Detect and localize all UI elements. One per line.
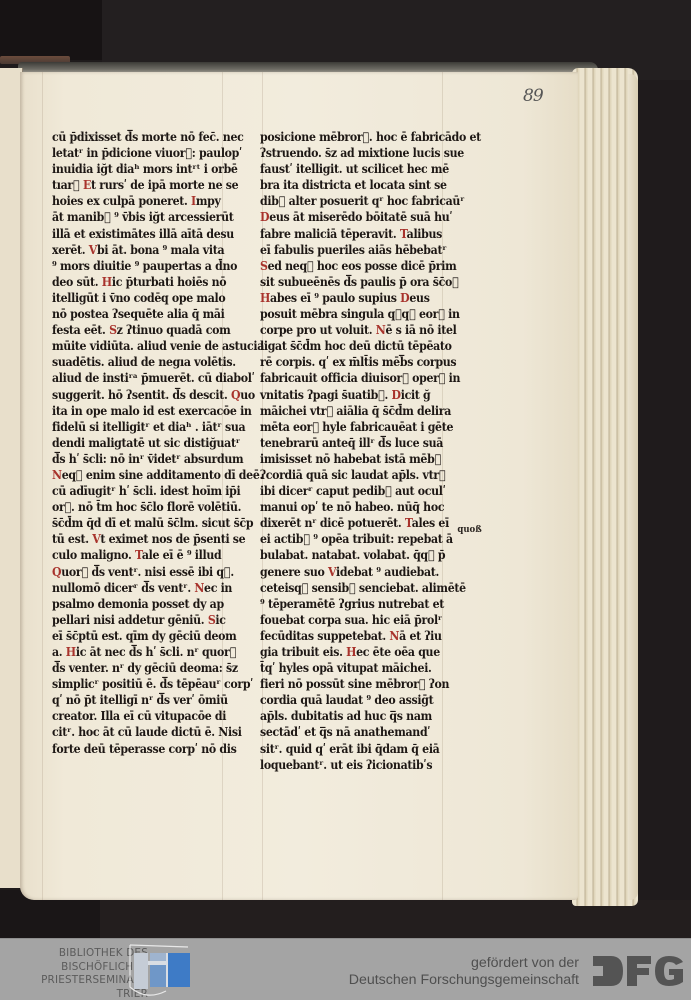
text-segment: faustʹ itelligit. ut scilicet hec mē bbox=[260, 162, 449, 176]
rubricated-initial: Q bbox=[231, 388, 240, 402]
rubricated-initial: N bbox=[389, 629, 399, 643]
text-line: xerēt. Vbi āt. bona ⁹ mala vita bbox=[52, 242, 264, 258]
marginal-note: quoß bbox=[457, 524, 481, 535]
text-segment: dendi maligtatē ut sic distiğuatʳ bbox=[52, 436, 240, 450]
text-segment: māichei vtrᷤ aiālia q̄ s̄c̄d̄m delira bbox=[260, 404, 451, 418]
text-segment: dibᷤ alter posuerit qʳ hoc fabricaūʳ bbox=[260, 194, 464, 208]
text-line: pellari nisi addetur gēniū. Sic bbox=[52, 612, 264, 628]
text-segment: fabre maliciā tēperavit. bbox=[260, 227, 400, 241]
text-line: sectādʹ et q̅s nā anathemandʹ bbox=[260, 724, 481, 740]
text-line: dendi maligtatē ut sic distiğuatʳ bbox=[52, 435, 264, 451]
text-segment: ⁹ tēperamētē ʔgrius nutrebat et bbox=[260, 597, 444, 611]
text-segment: tıarᷤ bbox=[52, 178, 83, 192]
text-segment: fidelū si itelligitʳ et diaʰ . iātʳ sua bbox=[52, 420, 245, 434]
text-line: posicione mēbrorᷤ. hoc ē fabricādo et bbox=[260, 129, 481, 145]
text-line: fabre maliciā tēperavit. Talibus bbox=[260, 226, 481, 242]
text-segment: ic bbox=[215, 613, 225, 627]
text-line: deo sūt. Hic p̄turbati hoiēs nō bbox=[52, 274, 264, 290]
rubricated-initial: S bbox=[208, 613, 216, 627]
text-segment: ei actibᷤ ⁹ opēa tribuit: repebat ā bbox=[260, 532, 453, 546]
text-line: cū adīugitʳ hʹ s̄cli. idest hoīm ip̄i bbox=[52, 483, 264, 499]
text-line: Sed neqᷤ hoc eos posse dicē p̄rim bbox=[260, 258, 481, 274]
text-segment: t̄qʹ hyles opā vitupat māichei. bbox=[260, 661, 432, 675]
text-segment: genere suo bbox=[260, 565, 328, 579]
text-segment: ē s iā nō itel bbox=[385, 323, 456, 337]
text-line: faustʹ itelligit. ut scilicet hec mē bbox=[260, 161, 481, 177]
text-line: aliud de instiʳᵃ p̄muerēt. cū diabolʹ bbox=[52, 370, 264, 386]
text-line: psalmo demonia posset dy ap bbox=[52, 596, 264, 612]
text-segment: ʔcordiā quā sic laudat ap̄ls. vtrᷤ bbox=[260, 468, 445, 482]
text-line: fouebat corpa sua. hic eiā p̄rolʳ bbox=[260, 612, 481, 628]
rubricated-initial: N bbox=[194, 581, 204, 595]
text-segment: uo bbox=[240, 388, 255, 402]
text-segment: ibi dicerʳ caput pedibᷤ aut oculʹ bbox=[260, 484, 446, 498]
text-segment: mēta eorᷤ hyle fabricauēat i gēte bbox=[260, 420, 453, 434]
text-line: inuidia iğt diaʰ mors intʳᵗ i orbē bbox=[52, 161, 264, 177]
text-segment: t eximet nos de p̄senti se bbox=[100, 532, 245, 546]
text-column-left: cū p̄dixisset d̅s morte nō fec̄. necleta… bbox=[52, 129, 264, 757]
text-segment: fecūditas suppetebat. bbox=[260, 629, 389, 643]
text-line: mūite vidiūta. aliud venie de astucia bbox=[52, 338, 264, 354]
text-segment: culo maligno. bbox=[52, 548, 135, 562]
text-line: hoies ex culpā poneret. Impy bbox=[52, 193, 264, 209]
text-line: dibᷤ alter posuerit qʳ hoc fabricaūʳ bbox=[260, 193, 481, 209]
text-segment: deo sūt. bbox=[52, 275, 102, 289]
text-segment: ale eī ē ⁹ illud bbox=[142, 548, 222, 562]
text-line: dixerēt nʳ dicē potuerēt. Tales eī bbox=[260, 515, 481, 531]
text-segment: s̄c̄d̄m q̄d dī et malū s̄c̄lm. sicut s̄c… bbox=[52, 516, 253, 530]
text-line: itelligūt i v̄no codēq ope malo bbox=[52, 290, 264, 306]
text-line: ligat s̄c̄d̄m hoc deū dictū tēpēato bbox=[260, 338, 481, 354]
text-segment: ic āt nec d̅s hʹ s̄cli. nʳ quorᷤ bbox=[76, 645, 236, 659]
text-line: ⁹ mors diuitie ⁹ paupertas a d̄no bbox=[52, 258, 264, 274]
text-segment: imisisset nō habebat istā mēbᷤ bbox=[260, 452, 441, 466]
text-line: loquebantʳ. ut eis ʔicionatibʹs bbox=[260, 757, 481, 773]
text-segment: eī fabulis pueriles aiās hēbebatʳ bbox=[260, 243, 446, 257]
funding-statement: gefördert von der Deutschen Forschungsge… bbox=[349, 955, 579, 989]
text-line: āt manibᷤ ⁹ v̄bis iğt arcessierūt bbox=[52, 209, 264, 225]
rubricated-initial: D bbox=[260, 210, 269, 224]
text-line: fabricauit officia diuisorᷤ operᷤ in bbox=[260, 370, 481, 386]
rubricated-initial: D bbox=[400, 291, 409, 305]
text-column-right: posicione mēbrorᷤ. hoc ē fabricādo etʔst… bbox=[260, 129, 481, 773]
text-segment: itelligūt i v̄no codēq ope malo bbox=[52, 291, 225, 305]
text-segment: z ʔtinuo quadā com bbox=[117, 323, 231, 337]
text-segment: nō postea ʔsequēte alia q̄ māi bbox=[52, 307, 225, 321]
text-segment: vnitatis ʔpagi s̄uatibᷤ. bbox=[260, 388, 392, 402]
manuscript-image-viewer[interactable]: 89 cū p̄dixisset d̅s morte nō fec̄. necl… bbox=[0, 0, 691, 938]
text-line: bra ita districta et locata sint se bbox=[260, 177, 481, 193]
text-segment: nullomō dicerʳ d̅s ventʳ. bbox=[52, 581, 194, 595]
text-line: creator. Illa eī cū vitupacōe di bbox=[52, 708, 264, 724]
text-segment: bulabat. natabat. volabat. q̄qᷤ p̄ bbox=[260, 548, 445, 562]
text-line: mēta eorᷤ hyle fabricauēat i gēte bbox=[260, 419, 481, 435]
page-stack-edge bbox=[628, 74, 638, 900]
text-line: suadētis. aliud de negıa volētis. bbox=[52, 354, 264, 370]
text-segment: uorᷤ d̅s ventʳ. nisi essē ibi qᷤ. bbox=[61, 565, 234, 579]
text-segment: ec ēte oēa que bbox=[356, 645, 440, 659]
text-segment: cū p̄dixisset d̅s morte nō fec̄. nec bbox=[52, 130, 243, 144]
text-segment: pellari nisi addetur gēniū. bbox=[52, 613, 208, 627]
rubricated-initial: T bbox=[405, 516, 412, 530]
text-segment: rē corpis. qʹ ex m̄lt̄is mēb̅s corpus bbox=[260, 355, 456, 369]
text-segment: sectādʹ et q̅s nā anathemandʹ bbox=[260, 725, 430, 739]
text-line: Neqᷤ enim sine additamento dī deē. bbox=[52, 467, 264, 483]
text-line: vnitatis ʔpagi s̄uatibᷤ. Dicit ğ bbox=[260, 387, 481, 403]
text-segment: idebat ⁹ audiebat. bbox=[336, 565, 439, 579]
text-segment: ʔstruendo. s̄z ad mixtione lucis sue bbox=[260, 146, 464, 160]
text-segment: eus bbox=[409, 291, 429, 305]
ruling-line bbox=[42, 72, 43, 900]
funding-line-2: Deutschen Forschungsgemeinschaft bbox=[349, 972, 579, 989]
text-segment: ed neqᷤ hoc eos posse dicē p̄rim bbox=[268, 259, 457, 273]
text-segment: cordia quā laudat ⁹ deo assiḡt bbox=[260, 693, 433, 707]
text-segment: eqᷤ enim sine additamento dī deē. bbox=[62, 468, 263, 482]
text-line: ʔcordiā quā sic laudat ap̄ls. vtrᷤ bbox=[260, 467, 481, 483]
text-line: a. Hic āt nec d̅s hʹ s̄cli. nʳ quorᷤ bbox=[52, 644, 264, 660]
text-line: gia tribuit eis. Hec ēte oēa que bbox=[260, 644, 481, 660]
text-segment: t rursʹ de ipā morte ne se bbox=[91, 178, 238, 192]
rubricated-initial: Q bbox=[52, 565, 61, 579]
text-segment: ap̄ls. dubitatis ad huc q̅s nam bbox=[260, 709, 432, 723]
text-line: tū est. Vt eximet nos de p̄senti se bbox=[52, 531, 264, 547]
text-segment: āt manibᷤ ⁹ v̄bis iğt arcessierūt bbox=[52, 210, 234, 224]
text-line: cordia quā laudat ⁹ deo assiḡt bbox=[260, 692, 481, 708]
text-segment: ā et ʔiu bbox=[399, 629, 441, 643]
rubricated-initial: V bbox=[92, 532, 100, 546]
text-line: imisisset nō habebat istā mēbᷤ bbox=[260, 451, 481, 467]
text-line: fidelū si itelligitʳ et diaʰ . iātʳ sua bbox=[52, 419, 264, 435]
text-line: fieri nō possūt sine mēbrorᷤ ʔon bbox=[260, 676, 481, 692]
text-segment: hoies ex culpā poneret. bbox=[52, 194, 191, 208]
text-segment: icit ğ bbox=[401, 388, 431, 402]
text-segment: ceteisqᷤ sensibᷤ senciebat. alimētē bbox=[260, 581, 466, 595]
text-segment: orᷤ. nō t̄m hoc s̄c̄lo florē volētiū. bbox=[52, 500, 241, 514]
text-line: bulabat. natabat. volabat. q̄qᷤ p̄ bbox=[260, 547, 481, 563]
text-line: cū p̄dixisset d̅s morte nō fec̄. nec bbox=[52, 129, 264, 145]
text-segment: ales eī bbox=[412, 516, 449, 530]
rubricated-initial: D bbox=[392, 388, 401, 402]
text-segment: suadētis. aliud de negıa volētis. bbox=[52, 355, 236, 369]
text-segment: fouebat corpa sua. hic eiā p̄rolʳ bbox=[260, 613, 442, 627]
text-line: ei actibᷤ ⁹ opēa tribuit: repebat ā bbox=[260, 531, 481, 547]
text-line: ceteisqᷤ sensibᷤ senciebat. alimētē bbox=[260, 580, 481, 596]
text-line: māichei vtrᷤ aiālia q̄ s̄c̄d̄m delira bbox=[260, 403, 481, 419]
text-segment: citʳ. hoc āt cū laude dictū ē. Nisi bbox=[52, 725, 242, 739]
text-line: forte deū tēperasse corpʹ nō dis bbox=[52, 741, 264, 757]
text-line: sit subueēnēs d̅s paulis p̄ ora s̄c̄oᷤ bbox=[260, 274, 481, 290]
text-line: illā et existimātes illā aītā desu bbox=[52, 226, 264, 242]
text-segment: fabricauit officia diuisorᷤ operᷤ in bbox=[260, 371, 460, 385]
rubricated-initial: H bbox=[260, 291, 270, 305]
text-segment: letatʳ in p̄dicione viuorᷤ: paulopʹ bbox=[52, 146, 242, 160]
text-segment: bra ita districta et locata sint se bbox=[260, 178, 447, 192]
text-segment: sit subueēnēs d̅s paulis p̄ ora s̄c̄oᷤ bbox=[260, 275, 459, 289]
rubricated-initial: H bbox=[66, 645, 76, 659]
text-line: tenebrarū anteq̄ illʳ d̅s luce suā bbox=[260, 435, 481, 451]
text-line: eī fabulis pueriles aiās hēbebatʳ bbox=[260, 242, 481, 258]
text-segment: ic p̄turbati hoiēs nō bbox=[112, 275, 226, 289]
text-segment: suggerit. hō ʔsentit. d̅s descit. bbox=[52, 388, 231, 402]
text-line: nō postea ʔsequēte alia q̄ māi bbox=[52, 306, 264, 322]
text-line: rē corpis. qʹ ex m̄lt̄is mēb̅s corpus bbox=[260, 354, 481, 370]
text-segment: d̅s venter. nʳ dy gēciū deoma: s̄z bbox=[52, 661, 238, 675]
text-line: qʹ nō p̄t itelligī nʳ d̅s verʹ ōmiū bbox=[52, 692, 264, 708]
text-line: manui opʹ te nō habeo. nūq̄ hoc bbox=[260, 499, 481, 515]
rubricated-initial: N bbox=[376, 323, 386, 337]
text-line: orᷤ. nō t̄m hoc s̄c̄lo florē volētiū. bbox=[52, 499, 264, 515]
rubricated-initial: T bbox=[135, 548, 142, 562]
text-segment: mpy bbox=[196, 194, 221, 208]
text-line: genere suo Videbat ⁹ audiebat. bbox=[260, 564, 481, 580]
text-line: corpe pro ut voluit. Nē s iā nō itel bbox=[260, 322, 481, 338]
text-segment: forte deū tēperasse corpʹ nō dis bbox=[52, 742, 236, 756]
text-line: ibi dicerʳ caput pedibᷤ aut oculʹ bbox=[260, 483, 481, 499]
text-segment: sitʳ. quid qʹ erāt ibi q̄dam q̄ eiā bbox=[260, 742, 439, 756]
text-line: festa eēt. Sz ʔtinuo quadā com bbox=[52, 322, 264, 338]
text-line: Quorᷤ d̅s ventʳ. nisi essē ibi qᷤ. bbox=[52, 564, 264, 580]
text-segment: dixerēt nʳ dicē potuerēt. bbox=[260, 516, 405, 530]
text-segment: aliud de instiʳᵃ p̄muerēt. cū diabolʹ bbox=[52, 371, 255, 385]
text-segment: qʹ nō p̄t itelligī nʳ d̅s verʹ ōmiū bbox=[52, 693, 228, 707]
background-dark bbox=[0, 0, 102, 60]
funding-line-1: gefördert von der bbox=[349, 955, 579, 972]
text-segment: creator. Illa eī cū vitupacōe di bbox=[52, 709, 226, 723]
text-line: t̄qʹ hyles opā vitupat māichei. bbox=[260, 660, 481, 676]
text-line: sitʳ. quid qʹ erāt ibi q̄dam q̄ eiā bbox=[260, 741, 481, 757]
text-line: letatʳ in p̄dicione viuorᷤ: paulopʹ bbox=[52, 145, 264, 161]
text-segment: illā et existimātes illā aītā desu bbox=[52, 227, 234, 241]
rubricated-initial: T bbox=[400, 227, 407, 241]
text-line: nullomō dicerʳ d̅s ventʳ. Nec in bbox=[52, 580, 264, 596]
text-line: simplicʳ positiū ē. d̅s tēpēauʳ corpʹ bbox=[52, 676, 264, 692]
text-segment: xerēt. bbox=[52, 243, 89, 257]
text-line: tıarᷤ Et rursʹ de ipā morte ne se bbox=[52, 177, 264, 193]
cross-shield-icon[interactable] bbox=[128, 943, 192, 997]
text-line: s̄c̄d̄m q̄d dī et malū s̄c̄lm. sicut s̄c… bbox=[52, 515, 264, 531]
text-segment: manui opʹ te nō habeo. nūq̄ hoc bbox=[260, 500, 444, 514]
text-segment: eus āt miserēdo bōitatē suā huʹ bbox=[269, 210, 452, 224]
text-segment: d̅s hʹ s̄cli: nō inʳ v̄idetʳ absurdum bbox=[52, 452, 243, 466]
text-line: culo maligno. Tale eī ē ⁹ illud bbox=[52, 547, 264, 563]
text-segment: posuit mēbra singula qᷤqᷤ eorᷤ in bbox=[260, 307, 460, 321]
rubricated-initial: S bbox=[109, 323, 117, 337]
text-segment: alibus bbox=[407, 227, 442, 241]
text-line: eī s̄c̄ptū est. qīm dy gēciū deom bbox=[52, 628, 264, 644]
text-line: Deus āt miserēdo bōitatē suā huʹ bbox=[260, 209, 481, 225]
text-segment: ita in ope malo id est exercacōe in bbox=[52, 404, 252, 418]
text-segment: posicione mēbrorᷤ. hoc ē fabricādo et bbox=[260, 130, 481, 144]
rubricated-initial: N bbox=[52, 468, 62, 482]
text-line: ⁹ tēperamētē ʔgrius nutrebat et bbox=[260, 596, 481, 612]
text-line: posuit mēbra singula qᷤqᷤ eorᷤ in bbox=[260, 306, 481, 322]
text-line: d̅s hʹ s̄cli: nō inʳ v̄idetʳ absurdum bbox=[52, 451, 264, 467]
text-line: Habes eī ⁹ paulo supius Deus bbox=[260, 290, 481, 306]
text-segment: ⁹ mors diuitie ⁹ paupertas a d̄no bbox=[52, 259, 237, 273]
text-line: d̅s venter. nʳ dy gēciū deoma: s̄z bbox=[52, 660, 264, 676]
text-segment: bi āt. bona ⁹ mala vita bbox=[97, 243, 224, 257]
text-line: ap̄ls. dubitatis ad huc q̅s nam bbox=[260, 708, 481, 724]
rubricated-initial: H bbox=[102, 275, 112, 289]
text-segment: tenebrarū anteq̄ illʳ d̅s luce suā bbox=[260, 436, 443, 450]
text-line: suggerit. hō ʔsentit. d̅s descit. Quo bbox=[52, 387, 264, 403]
text-segment: loquebantʳ. ut eis ʔicionatibʹs bbox=[260, 758, 432, 772]
text-line: fecūditas suppetebat. Nā et ʔiu bbox=[260, 628, 481, 644]
folio-number: 89 bbox=[523, 86, 543, 106]
text-segment: ligat s̄c̄d̄m hoc deū dictū tēpēato bbox=[260, 339, 452, 353]
text-segment: eī s̄c̄ptū est. qīm dy gēciū deom bbox=[52, 629, 236, 643]
text-segment: cū adīugitʳ hʹ s̄cli. idest hoīm ip̄i bbox=[52, 484, 240, 498]
text-segment: a. bbox=[52, 645, 66, 659]
text-segment: gia tribuit eis. bbox=[260, 645, 346, 659]
text-segment: simplicʳ positiū ē. d̅s tēpēauʳ corpʹ bbox=[52, 677, 253, 691]
dfg-logo-icon[interactable] bbox=[593, 954, 685, 988]
text-segment: ec in bbox=[204, 581, 232, 595]
text-segment: mūite vidiūta. aliud venie de astucia bbox=[52, 339, 264, 353]
rubricated-initial: H bbox=[346, 645, 356, 659]
rubricated-initial: V bbox=[89, 243, 97, 257]
text-line: citʳ. hoc āt cū laude dictū ē. Nisi bbox=[52, 724, 264, 740]
text-segment: inuidia iğt diaʰ mors intʳᵗ i orbē bbox=[52, 162, 238, 176]
text-segment: festa eēt. bbox=[52, 323, 109, 337]
text-segment: tū est. bbox=[52, 532, 92, 546]
text-segment: psalmo demonia posset dy ap bbox=[52, 597, 224, 611]
footer-banner: BIBLIOTHEK DES BISCHÖFLICHEN PRIESTERSEM… bbox=[0, 938, 691, 1000]
text-line: ita in ope malo id est exercacōe in bbox=[52, 403, 264, 419]
text-segment: corpe pro ut voluit. bbox=[260, 323, 376, 337]
text-segment: fieri nō possūt sine mēbrorᷤ ʔon bbox=[260, 677, 449, 691]
text-line: ʔstruendo. s̄z ad mixtione lucis sue bbox=[260, 145, 481, 161]
text-segment: abes eī ⁹ paulo supius bbox=[270, 291, 400, 305]
